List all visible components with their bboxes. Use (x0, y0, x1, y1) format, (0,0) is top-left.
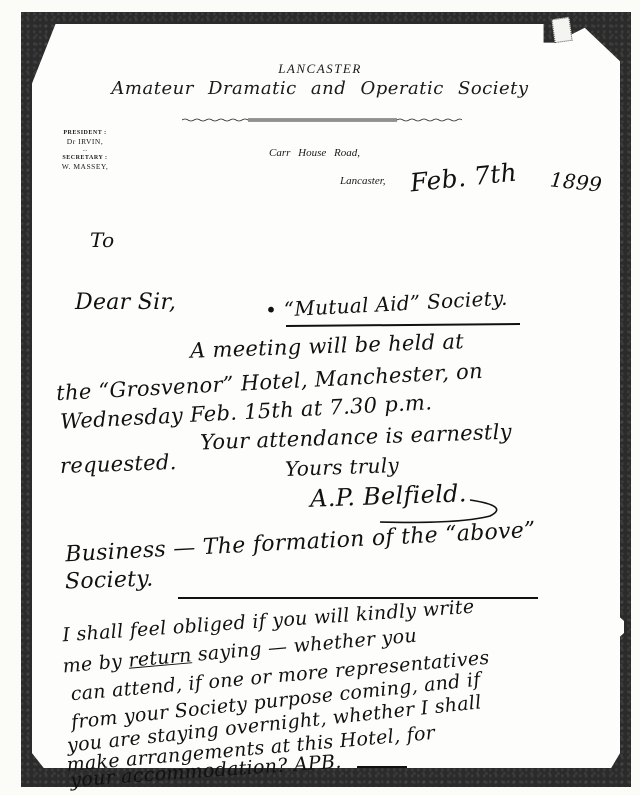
officer-name: Dr IRVIN, (50, 137, 120, 146)
initials-underline (357, 766, 407, 768)
letterhead-society-name: Amateur Dramatic and Operatic Society (0, 78, 640, 99)
officers-separator: ... (50, 146, 120, 155)
business-line-continued: Society. (65, 566, 154, 594)
addressee-to: To (90, 228, 114, 252)
salutation: Dear Sir, (75, 290, 176, 315)
postscript-initials: APB. (293, 751, 342, 776)
officer-name: W. MASSEY, (50, 162, 120, 171)
closing: Yours truly (285, 453, 400, 481)
officer-role: Secretary : (50, 155, 120, 161)
address-line-2: Lancaster, (340, 175, 386, 187)
torn-corner-mark (551, 17, 572, 43)
business-underline (178, 597, 538, 599)
address-line-1: Carr House Road, (269, 147, 360, 159)
letterhead-city: LANCASTER (0, 61, 640, 77)
ornamental-rule (182, 117, 462, 123)
body-line: requested. (60, 450, 177, 478)
officers-block: President : Dr IRVIN, ... Secretary : W.… (50, 130, 120, 171)
officer-role: President : (50, 130, 120, 136)
